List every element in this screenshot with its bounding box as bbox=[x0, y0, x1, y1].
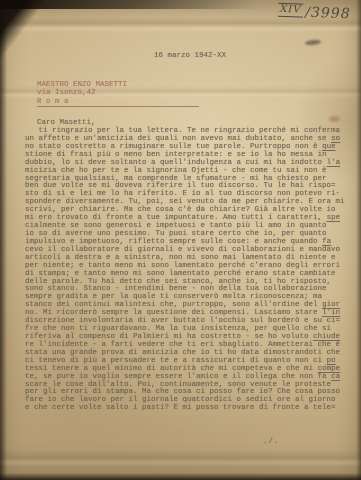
paper-crease bbox=[0, 450, 361, 466]
archive-number-serial: /3998 bbox=[305, 5, 351, 23]
photo-corner-shadow bbox=[0, 0, 54, 58]
ink-smudge bbox=[329, 116, 340, 122]
letter-paper: XIV/3998 16 marzo 1942-XX MAESTRO ENZO M… bbox=[0, 0, 361, 480]
ink-smudge bbox=[305, 39, 321, 46]
archive-number-roman: XIV bbox=[278, 3, 304, 18]
photo-edge-shadow bbox=[0, 473, 361, 480]
letter-line: e che certe volte salto i pasti? E mi po… bbox=[25, 405, 355, 413]
letter-body: ti ringrazio per la tua lettera. Te ne r… bbox=[25, 128, 355, 413]
salutation: Caro Masetti, bbox=[37, 119, 96, 127]
date-line: 16 marzo 1942-XX bbox=[154, 52, 226, 60]
photo-edge-shadow bbox=[356, 0, 361, 480]
recipient-block: MAESTRO ENZO MASETTI via Isonzo,42 R o m… bbox=[37, 81, 199, 107]
continuation-mark: ./. bbox=[263, 438, 280, 446]
photo-edge-shadow bbox=[0, 0, 7, 480]
archive-number: XIV/3998 bbox=[278, 4, 351, 23]
recipient-city: R o m a bbox=[37, 98, 199, 108]
recipient-street: via Isonzo,42 bbox=[37, 89, 199, 97]
